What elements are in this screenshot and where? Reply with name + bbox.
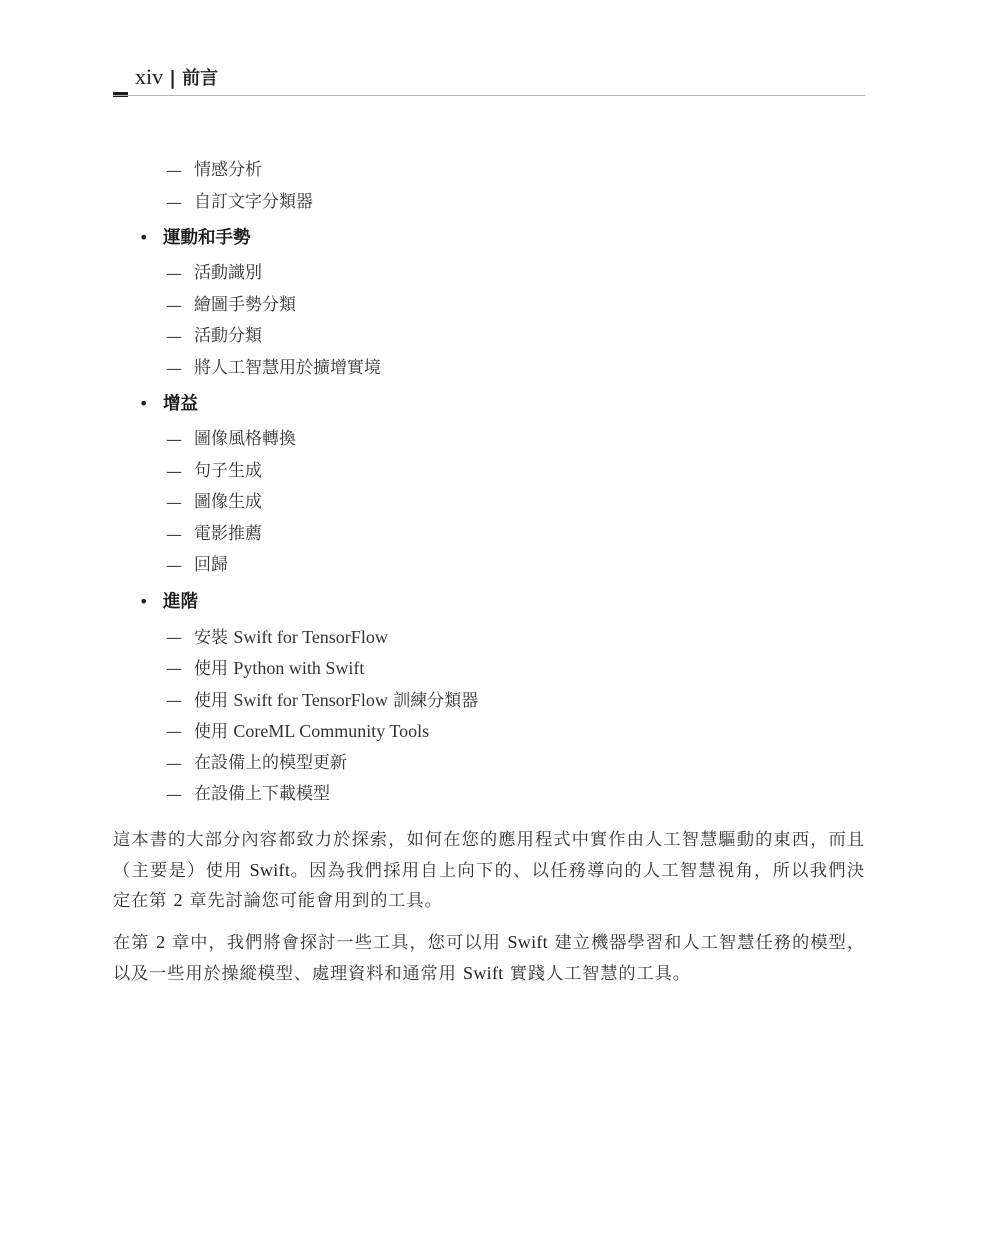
page-number: xiv xyxy=(135,64,163,89)
dash-marker: — xyxy=(166,685,182,717)
dash-marker: — xyxy=(166,155,182,187)
list-item: —繪圖手勢分類 xyxy=(113,290,865,322)
list-item: —圖像生成 xyxy=(113,487,865,519)
list-item: —將人工智慧用於擴增實境 xyxy=(113,353,865,385)
list-item: —活動分類 xyxy=(113,321,865,353)
list-item: —自訂文字分類器 xyxy=(113,187,865,219)
bullet-marker: • xyxy=(139,582,148,622)
list-item: —安裝 Swift for TensorFlow xyxy=(113,622,865,654)
list-item: —回歸 xyxy=(113,550,865,582)
header-text: xiv|前言 xyxy=(135,64,218,92)
outline-list: —情感分析 —自訂文字分類器 •運動和手勢 —活動識別 —繪圖手勢分類 —活動分… xyxy=(113,155,865,811)
list-item: —電影推薦 xyxy=(113,519,865,551)
dash-marker: — xyxy=(166,353,182,385)
running-header: xiv|前言 xyxy=(113,62,865,96)
dash-marker: — xyxy=(166,519,182,551)
section-bullet: •增益 xyxy=(113,384,865,424)
dash-marker: — xyxy=(166,779,182,811)
dash-marker: — xyxy=(166,321,182,353)
body-paragraph: 在第 2 章中，我們將會探討一些工具，您可以用 Swift 建立機器學習和人工智… xyxy=(113,928,865,989)
list-item: —使用 CoreML Community Tools xyxy=(113,716,865,748)
list-item: —情感分析 xyxy=(113,155,865,187)
dash-marker: — xyxy=(166,653,182,685)
list-item: —句子生成 xyxy=(113,456,865,488)
dash-marker: — xyxy=(166,716,182,748)
dash-marker: — xyxy=(166,748,182,780)
list-item: —在設備上下載模型 xyxy=(113,779,865,811)
section-bullet: •運動和手勢 xyxy=(113,218,865,258)
list-item: —活動識別 xyxy=(113,258,865,290)
dash-marker: — xyxy=(166,622,182,654)
dash-marker: — xyxy=(166,550,182,582)
list-item: —在設備上的模型更新 xyxy=(113,748,865,780)
list-item: —使用 Swift for TensorFlow 訓練分類器 xyxy=(113,685,865,717)
dash-marker: — xyxy=(166,290,182,322)
body-paragraph: 這本書的大部分內容都致力於探索，如何在您的應用程式中實作由人工智慧驅動的東西，而… xyxy=(113,826,865,917)
section-bullet: •進階 xyxy=(113,582,865,622)
header-rule xyxy=(113,95,865,96)
header-separator: | xyxy=(169,67,176,89)
chapter-title: 前言 xyxy=(182,68,218,89)
list-item: —使用 Python with Swift xyxy=(113,653,865,685)
bullet-marker: • xyxy=(139,384,148,424)
dash-marker: — xyxy=(166,456,182,488)
dash-marker: — xyxy=(166,187,182,219)
dash-marker: — xyxy=(166,258,182,290)
dash-marker: — xyxy=(166,487,182,519)
dash-marker: — xyxy=(166,424,182,456)
bullet-marker: • xyxy=(139,218,148,258)
list-item: —圖像風格轉換 xyxy=(113,424,865,456)
